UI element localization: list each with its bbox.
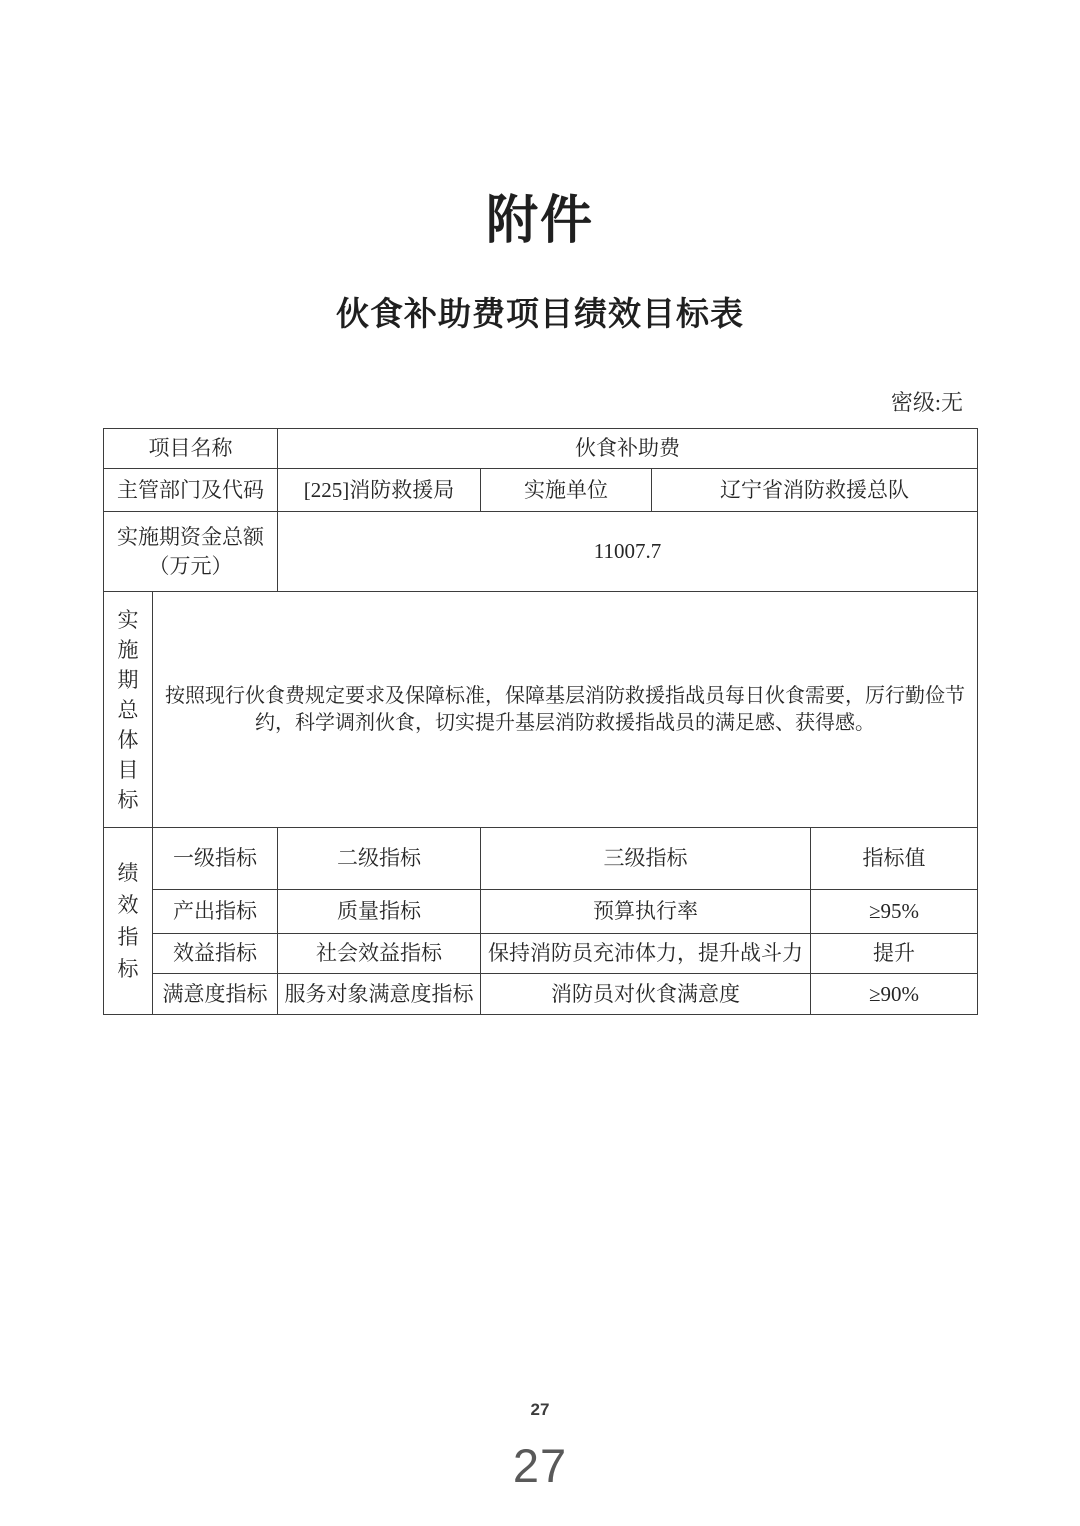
indicator-level1: 产出指标 <box>153 890 278 934</box>
page-number-large: 27 <box>0 1438 1080 1493</box>
overall-goal-text: 按照现行伙食费规定要求及保障标准，保障基层消防救援指战员每日伙食需要，厉行勤俭节… <box>153 592 978 828</box>
indicator-value: ≥95% <box>811 890 978 934</box>
indicator-value: ≥90% <box>811 974 978 1015</box>
indicator-level3: 保持消防员充沛体力，提升战斗力 <box>481 934 811 974</box>
classification-level: 密级:无 <box>103 386 977 417</box>
impl-unit-label: 实施单位 <box>481 469 652 512</box>
indicator-header-level2: 二级指标 <box>278 828 481 890</box>
indicator-level1: 满意度指标 <box>153 974 278 1015</box>
funds-value: 11007.7 <box>278 512 978 592</box>
indicator-header-level3: 三级指标 <box>481 828 811 890</box>
overall-goal-label-text: 实施期总体目标 <box>117 605 139 815</box>
project-name-value: 伙食补助费 <box>278 429 978 469</box>
performance-target-table: 项目名称 伙食补助费 主管部门及代码 [225]消防救援局 实施单位 辽宁省消防… <box>103 428 978 1015</box>
row-indicator-headers: 绩效指标 一级指标 二级指标 三级指标 指标值 <box>104 828 978 890</box>
row-project-name: 项目名称 伙食补助费 <box>104 429 978 469</box>
indicator-row-output: 产出指标 质量指标 预算执行率 ≥95% <box>104 890 978 934</box>
indicator-row-benefit: 效益指标 社会效益指标 保持消防员充沛体力，提升战斗力 提升 <box>104 934 978 974</box>
page-number-small: 27 <box>0 1400 1080 1420</box>
indicators-label: 绩效指标 <box>104 828 153 1015</box>
row-funds: 实施期资金总额（万元） 11007.7 <box>104 512 978 592</box>
row-overall-goal: 实施期总体目标 按照现行伙食费规定要求及保障标准，保障基层消防救援指战员每日伙食… <box>104 592 978 828</box>
department-label: 主管部门及代码 <box>104 469 278 512</box>
department-value: [225]消防救援局 <box>278 469 481 512</box>
indicator-level2: 服务对象满意度指标 <box>278 974 481 1015</box>
project-name-label: 项目名称 <box>104 429 278 469</box>
indicator-level3: 预算执行率 <box>481 890 811 934</box>
funds-label: 实施期资金总额（万元） <box>104 512 278 592</box>
indicator-header-level1: 一级指标 <box>153 828 278 890</box>
indicator-header-value: 指标值 <box>811 828 978 890</box>
table-title: 伙食补助费项目绩效目标表 <box>0 288 1080 335</box>
document-title: 附件 <box>0 178 1080 253</box>
indicator-level3: 消防员对伙食满意度 <box>481 974 811 1015</box>
indicator-level1: 效益指标 <box>153 934 278 974</box>
overall-goal-label: 实施期总体目标 <box>104 592 153 828</box>
impl-unit-value: 辽宁省消防救援总队 <box>652 469 978 512</box>
indicators-label-text: 绩效指标 <box>117 857 139 985</box>
indicator-value: 提升 <box>811 934 978 974</box>
indicator-row-satisfaction: 满意度指标 服务对象满意度指标 消防员对伙食满意度 ≥90% <box>104 974 978 1015</box>
row-department: 主管部门及代码 [225]消防救援局 实施单位 辽宁省消防救援总队 <box>104 469 978 512</box>
document-page: 附件 伙食补助费项目绩效目标表 密级:无 项目名称 伙食补助费 主管部门及代码 … <box>0 0 1080 1526</box>
indicator-level2: 质量指标 <box>278 890 481 934</box>
indicator-level2: 社会效益指标 <box>278 934 481 974</box>
